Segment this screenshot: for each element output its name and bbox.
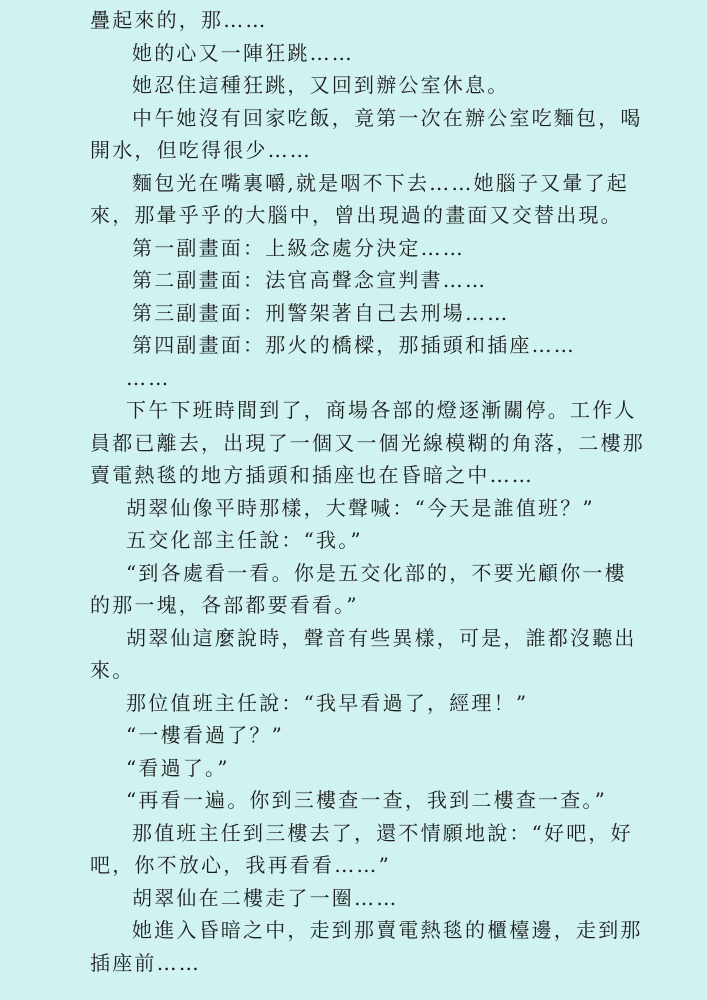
text-line: 那值班主任到三樓去了，還不情願地說：“好吧，好 <box>90 817 620 850</box>
text-line: 插座前…… <box>90 947 620 980</box>
text-line: 中午她沒有回家吃飯，竟第一次在辦公室吃麵包，喝 <box>90 102 620 135</box>
text-line: 她忍住這種狂跳，又回到辦公室休息。 <box>90 69 620 102</box>
text-line: 員都已離去，出現了一個又一個光線模糊的角落，二樓那 <box>90 427 620 460</box>
text-line: 第三副畫面：刑警架著自己去刑場…… <box>90 297 620 330</box>
text-line: 她進入昏暗之中，走到那賣電熱毯的櫃檯邊，走到那 <box>90 914 620 947</box>
text-line: 第二副畫面：法官高聲念宣判書…… <box>90 264 620 297</box>
ellipsis-line: …… <box>90 362 620 395</box>
text-line: 胡翠仙這麼說時，聲音有些異樣，可是，誰都沒聽出 <box>90 622 620 655</box>
text-line: 第一副畫面：上級念處分決定…… <box>90 232 620 265</box>
text-line: 那位值班主任說：“我早看過了，經理！” <box>90 687 620 720</box>
text-line: “看過了。” <box>90 752 620 785</box>
text-line: 的那一塊，各部都要看看。” <box>90 589 620 622</box>
text-line: “到各處看一看。你是五交化部的，不要光顧你一樓 <box>90 557 620 590</box>
text-line: 她的心又一陣狂跳…… <box>90 37 620 70</box>
text-line: “一樓看過了？” <box>90 719 620 752</box>
text-line: 賣電熱毯的地方插頭和插座也在昏暗之中…… <box>90 459 620 492</box>
text-line: 開水，但吃得很少…… <box>90 134 620 167</box>
text-line: 第四副畫面：那火的橋樑，那插頭和插座…… <box>90 329 620 362</box>
text-line: “再看一遍。你到三樓查一查，我到二樓查一查。” <box>90 784 620 817</box>
text-line: 下午下班時間到了，商場各部的燈逐漸關停。工作人 <box>90 394 620 427</box>
text-line: 胡翠仙在二樓走了一圈…… <box>90 882 620 915</box>
text-line: 疊起來的，那…… <box>90 4 620 37</box>
text-line: 胡翠仙像平時那樣，大聲喊：“今天是誰值班？” <box>90 492 620 525</box>
text-line: 五交化部主任說：“我。” <box>90 524 620 557</box>
text-line: 麵包光在嘴裏嚼,就是咽不下去……她腦子又暈了起 <box>90 167 620 200</box>
text-line: 來。 <box>90 654 620 687</box>
text-line: 吧，你不放心，我再看看……” <box>90 849 620 882</box>
document-page: 疊起來的，那…… 她的心又一陣狂跳…… 她忍住這種狂跳，又回到辦公室休息。 中午… <box>90 4 620 979</box>
text-line: 來，那暈乎乎的大腦中，曾出現過的畫面又交替出現。 <box>90 199 620 232</box>
